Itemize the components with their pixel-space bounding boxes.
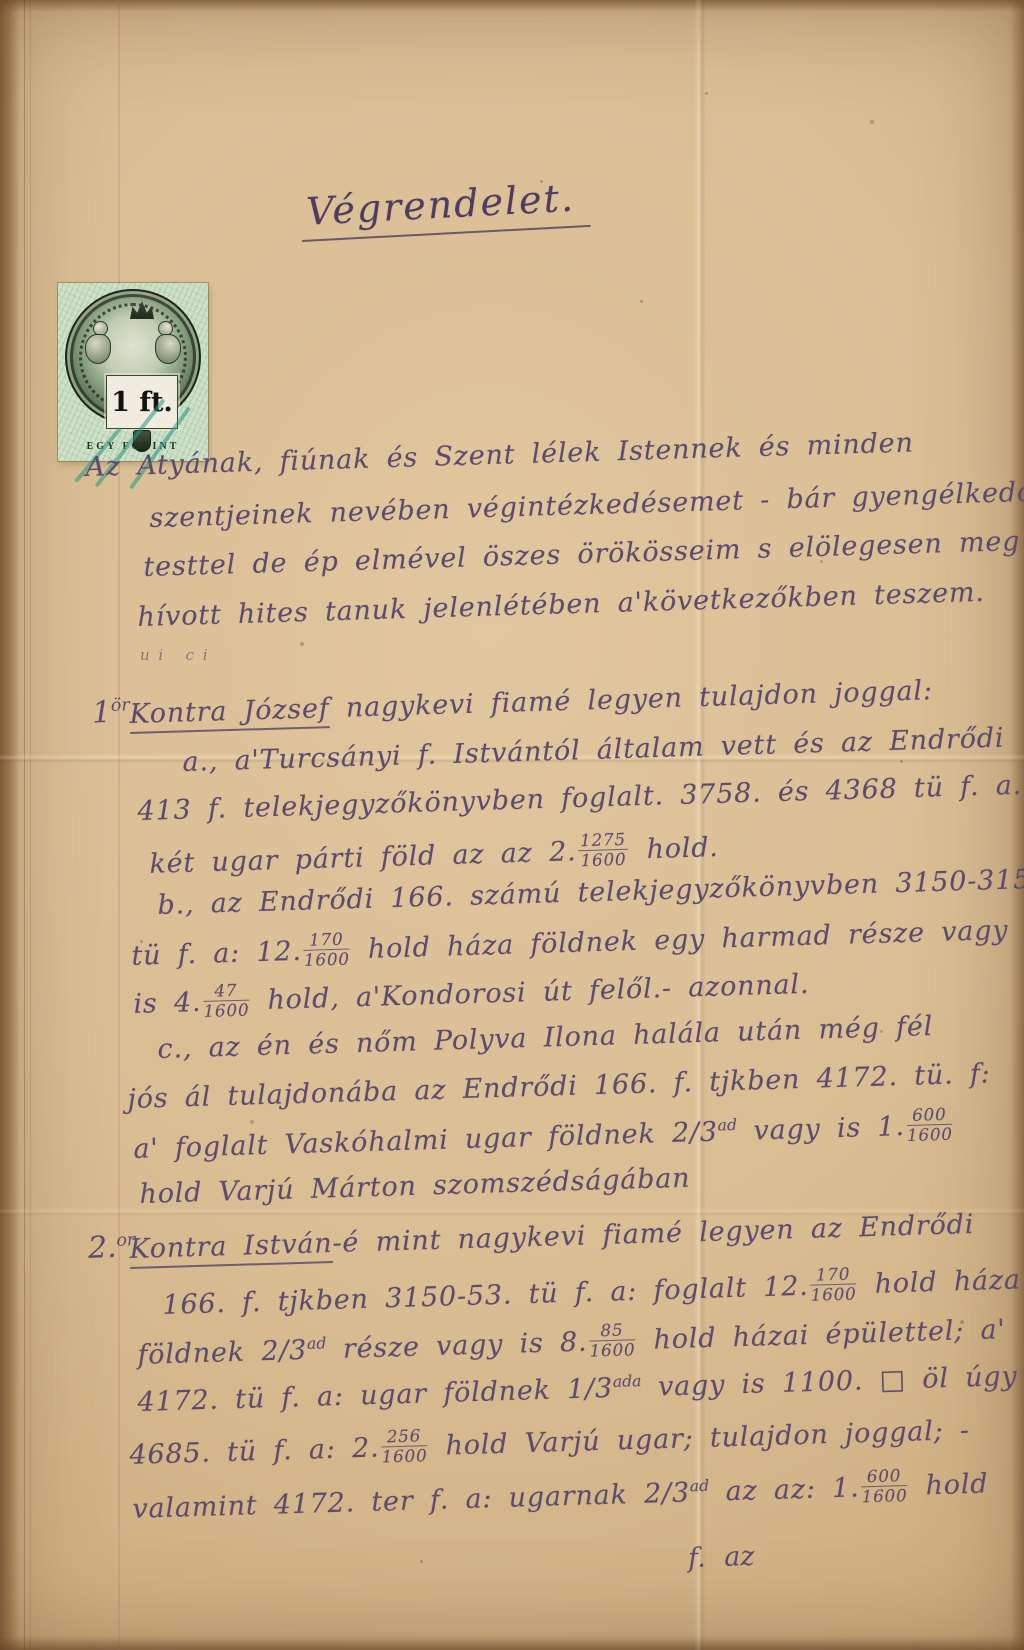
paper-speck bbox=[870, 120, 874, 124]
paper-speck bbox=[250, 1120, 254, 1124]
left-fold-line-2 bbox=[30, 0, 31, 1650]
paper-top-edge-shadow bbox=[0, 0, 1024, 12]
paper-speck bbox=[420, 1560, 423, 1563]
paper-right-edge-shadow bbox=[1010, 0, 1024, 1650]
paper-speck bbox=[705, 92, 708, 95]
paper-speck bbox=[640, 300, 643, 303]
stray-ink-marks: u i c i bbox=[140, 646, 210, 664]
stamp-value-panel: 1 ft. bbox=[106, 375, 178, 429]
pink-margin-rule bbox=[118, 0, 120, 1650]
item-1-marker: 1ör bbox=[91, 694, 130, 730]
stamp-engraved-circle: 1 ft. bbox=[65, 289, 201, 425]
left-fold-line bbox=[24, 0, 25, 1650]
paper-speck bbox=[300, 642, 304, 646]
catchword: f. az bbox=[687, 1541, 755, 1574]
scanned-will-document: { "document": { "title": "Végrendelet.",… bbox=[0, 0, 1024, 1650]
paper-left-edge-shadow bbox=[0, 0, 20, 1650]
vertical-fold-crease bbox=[694, 0, 706, 1650]
stamp-cherub-right-icon bbox=[151, 321, 181, 365]
paper-speck bbox=[900, 760, 903, 763]
paper-bottom-edge-shadow bbox=[0, 1636, 1024, 1650]
stamp-cherub-left-icon bbox=[85, 321, 115, 365]
